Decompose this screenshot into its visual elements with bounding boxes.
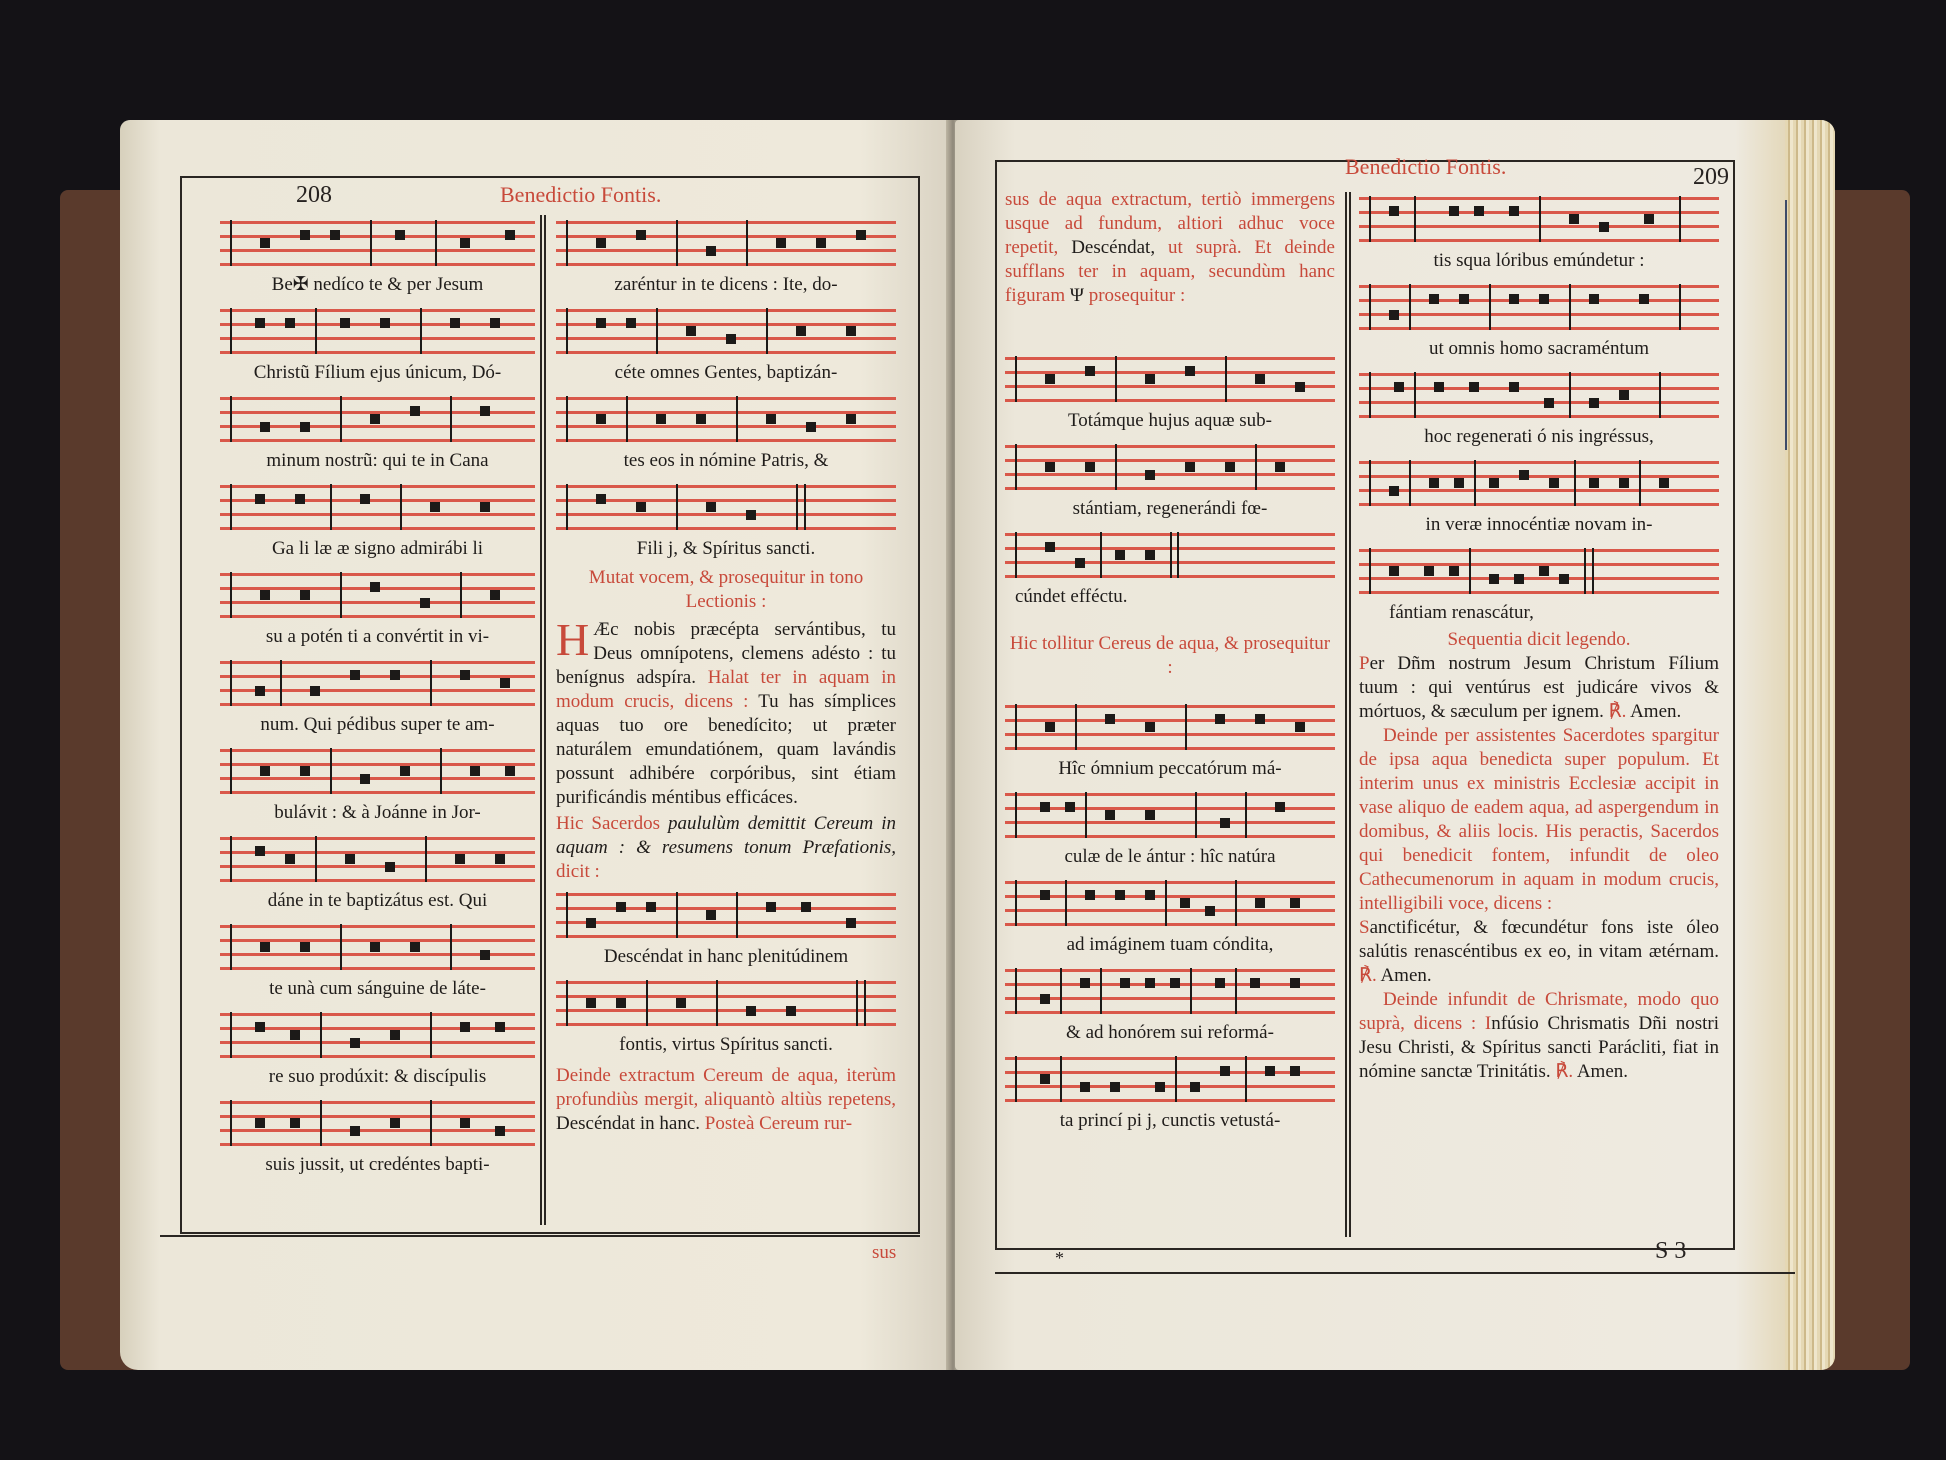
music-staff bbox=[556, 890, 896, 942]
page-number: 208 bbox=[296, 182, 332, 209]
lyric-line: cúndet efféctu. bbox=[1005, 582, 1335, 612]
music-staff bbox=[556, 394, 896, 446]
prayer-text: Per Dñm nostrum Jesum Christum Fílium tu… bbox=[1359, 652, 1719, 724]
lyric-line: hoc regenerati ó nis ingréssus, bbox=[1359, 422, 1719, 452]
prayer-text: Sanctificétur, & fœcundétur fons iste ól… bbox=[1359, 916, 1719, 988]
lyric-line: su a potén ti a convértit in vi- bbox=[220, 622, 535, 652]
lyric-line: fontis, virtus Spíritus sancti. bbox=[556, 1030, 896, 1060]
lyric-line: minum nostrũ: qui te in Cana bbox=[220, 446, 535, 476]
music-staff bbox=[1005, 702, 1335, 754]
catchword: sus bbox=[872, 1242, 896, 1264]
rubric-paragraph: Hic Sacerdos paululùm demittit Cereum in… bbox=[556, 812, 896, 884]
music-staff bbox=[220, 394, 535, 446]
music-staff bbox=[1359, 282, 1719, 334]
lyric-line: tes eos in nómine Patris, & bbox=[556, 446, 896, 476]
response-symbol: ℟. bbox=[1609, 701, 1627, 722]
music-staff bbox=[556, 218, 896, 270]
lyric-line: fántiam renascátur, bbox=[1359, 598, 1719, 628]
page-edges bbox=[1785, 120, 1835, 1370]
rubric-and-prayer: Deinde infundit de Chrismate, modo quo s… bbox=[1359, 988, 1719, 1084]
lyric-line: ad imáginem tuam cóndita, bbox=[1005, 930, 1335, 960]
rubric-instruction: Mutat vocem, & prosequitur in tono Lecti… bbox=[556, 566, 896, 614]
music-staff bbox=[1359, 370, 1719, 422]
music-staff bbox=[1005, 966, 1335, 1018]
lyric-line: & ad honórem sui reformá- bbox=[1005, 1018, 1335, 1048]
rubric-instruction: Sequentia dicit legendo. bbox=[1359, 628, 1719, 652]
music-staff bbox=[220, 570, 535, 622]
lyric-line: dáne in te baptizátus est. Qui bbox=[220, 886, 535, 916]
footer-rule bbox=[160, 1235, 920, 1237]
psi-cross-figure-icon: Ψ bbox=[1070, 285, 1084, 306]
lyric-line: Be✠ nedíco te & per Jesum bbox=[220, 270, 535, 300]
music-staff bbox=[556, 978, 896, 1030]
music-staff bbox=[220, 482, 535, 534]
chant-column: Be✠ nedíco te & per Jesum Christũ Fílium… bbox=[220, 212, 535, 1180]
music-staff bbox=[220, 658, 535, 710]
music-staff bbox=[1005, 790, 1335, 842]
lyric-line: Christũ Fílium ejus únicum, Dó- bbox=[220, 358, 535, 388]
music-staff bbox=[220, 1010, 535, 1062]
lyric-line: in veræ innocéntiæ novam in- bbox=[1359, 510, 1719, 540]
lyric-line: suis jussit, ut credéntes bapti- bbox=[220, 1150, 535, 1180]
footer-mark: * bbox=[1055, 1248, 1064, 1269]
column-divider bbox=[540, 215, 546, 1225]
prayer-text: H Æc nobis præcépta servántibus, tu Deus… bbox=[556, 618, 896, 810]
music-staff bbox=[1005, 354, 1335, 406]
lyric-line: zaréntur in te dicens : Ite, do- bbox=[556, 270, 896, 300]
column-divider bbox=[1345, 192, 1351, 1237]
lyric-line: num. Qui pédibus super te am- bbox=[220, 710, 535, 740]
initial-letter: P bbox=[1359, 653, 1370, 674]
lyric-line: te unà cum sánguine de láte- bbox=[220, 974, 535, 1004]
music-staff bbox=[1005, 442, 1335, 494]
rubric-paragraph: Deinde per assistentes Sacerdotes spargi… bbox=[1359, 724, 1719, 916]
lyric-line: culæ de le ántur : hîc natúra bbox=[1005, 842, 1335, 872]
music-staff bbox=[220, 746, 535, 798]
lyric-line: céte omnes Gentes, baptizán- bbox=[556, 358, 896, 388]
response-symbol: ℟. bbox=[1555, 1061, 1573, 1082]
music-staff bbox=[1005, 878, 1335, 930]
rubric-instruction: Hic tollitur Cereus de aqua, & prosequit… bbox=[1005, 632, 1335, 680]
running-head: Benedictio Fontis. bbox=[500, 182, 661, 208]
music-staff bbox=[1359, 546, 1719, 598]
lyric-line: ta princí pi j, cunctis vetustá- bbox=[1005, 1106, 1335, 1136]
music-staff bbox=[556, 306, 896, 358]
footer-rule bbox=[995, 1272, 1795, 1274]
page-number: 209 bbox=[1693, 164, 1729, 191]
music-staff bbox=[220, 834, 535, 886]
lyric-line: Totámque hujus aquæ sub- bbox=[1005, 406, 1335, 436]
rubric-paragraph: Deinde extractum Cereum de aqua, iterùm … bbox=[556, 1064, 896, 1136]
music-staff bbox=[1359, 458, 1719, 510]
page-left: 208 Benedictio Fontis. Be✠ nedíco te & p… bbox=[120, 120, 950, 1370]
response-symbol: ℟. bbox=[1359, 965, 1377, 986]
lyric-line: Ga li læ æ signo admirábi li bbox=[220, 534, 535, 564]
lyric-line: re suo prodúxit: & discípulis bbox=[220, 1062, 535, 1092]
rubric-paragraph: sus de aqua extractum, tertiò immergens … bbox=[1005, 188, 1335, 308]
music-staff bbox=[1359, 194, 1719, 246]
lyric-line: Hîc ómnium peccatórum má- bbox=[1005, 754, 1335, 784]
binding-thread bbox=[1785, 200, 1787, 450]
lyric-line: tis squa lóribus emúndetur : bbox=[1359, 246, 1719, 276]
music-staff bbox=[220, 1098, 535, 1150]
lyric-line: bulávit : & à Joánne in Jor- bbox=[220, 798, 535, 828]
lyric-line: Descéndat in hanc plenitúdinem bbox=[556, 942, 896, 972]
drop-cap: H bbox=[556, 618, 589, 662]
chant-and-rubric-column: zaréntur in te dicens : Ite, do- céte om… bbox=[556, 212, 896, 1136]
lyric-line: ut omnis homo sacraméntum bbox=[1359, 334, 1719, 364]
page-right: Benedictio Fontis. 209 sus de aqua extra… bbox=[955, 120, 1835, 1370]
chant-and-prayer-column: tis squa lóribus emúndetur : ut omnis ho… bbox=[1359, 188, 1719, 1084]
music-staff bbox=[1005, 530, 1335, 582]
music-staff bbox=[220, 922, 535, 974]
initial-letter: S bbox=[1359, 917, 1370, 938]
running-head: Benedictio Fontis. bbox=[1345, 154, 1506, 180]
music-staff bbox=[220, 306, 535, 358]
signature-mark: S 3 bbox=[1655, 1238, 1686, 1265]
chant-and-rubric-column: sus de aqua extractum, tertiò immergens … bbox=[1005, 188, 1335, 1136]
lyric-line: stántiam, regenerándi fœ- bbox=[1005, 494, 1335, 524]
lyric-line: Fili j, & Spíritus sancti. bbox=[556, 534, 896, 564]
music-staff bbox=[556, 482, 896, 534]
music-staff bbox=[1005, 1054, 1335, 1106]
music-staff bbox=[220, 218, 535, 270]
open-book: 208 Benedictio Fontis. Be✠ nedíco te & p… bbox=[120, 120, 1840, 1380]
